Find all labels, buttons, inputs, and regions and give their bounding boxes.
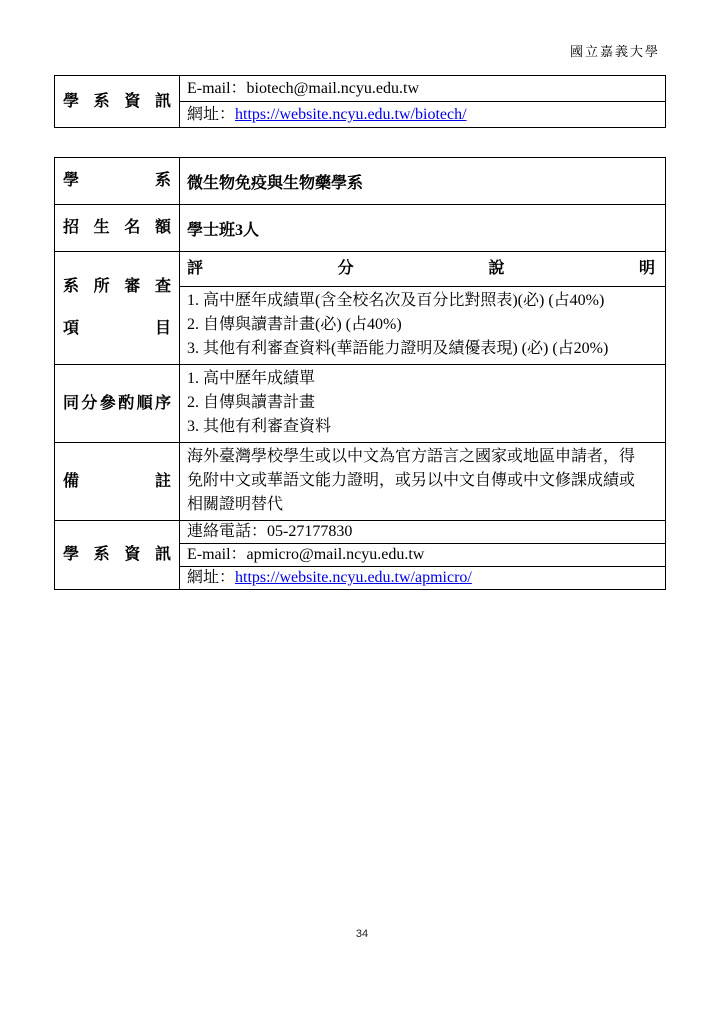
list-item: 3. 其他有利審查資料 (187, 415, 658, 439)
department-name: 微生物免疫與生物藥學系 (179, 158, 665, 204)
dept-info-content: E-mail：biotech@mail.ncyu.edu.tw 網址：https… (179, 76, 665, 127)
contact-content: 連絡電話：05-27177830 E-mail：apmicro@mail.ncy… (179, 521, 665, 589)
list-item: 3. 其他有利審查資料(華語能力證明及績優表現) (必) (占20%) (187, 337, 658, 361)
review-criteria-row: 系所審查 項目 評分說明 1. 高中歷年成績單(含全校名次及百分比對照表)(必)… (55, 251, 665, 364)
review-label-cell: 系所審查 項目 (55, 252, 179, 364)
quota-label-cell: 招生名額 (55, 205, 179, 251)
university-name: 國立嘉義大學 (570, 41, 660, 60)
table-row: 學系資訊 E-mail：biotech@mail.ncyu.edu.tw 網址：… (55, 76, 665, 127)
phone-row: 連絡電話：05-27177830 (180, 521, 665, 543)
website-link[interactable]: https://website.ncyu.edu.tw/apmicro/ (235, 569, 472, 586)
list-item: 1. 高中歷年成績單(含全校名次及百分比對照表)(必) (占40%) (187, 289, 658, 313)
email-row: E-mail：apmicro@mail.ncyu.edu.tw (180, 543, 665, 566)
quota-value: 學士班3人 (179, 205, 665, 251)
list-item: 2. 自傳與讀書計畫(必) (占40%) (187, 313, 658, 337)
tiebreak-label: 同分參酌順序 (63, 383, 171, 425)
review-content: 評分說明 1. 高中歷年成績單(含全校名次及百分比對照表)(必) (占40%) … (179, 252, 665, 364)
review-items-list: 1. 高中歷年成績單(含全校名次及百分比對照表)(必) (占40%) 2. 自傳… (180, 287, 665, 364)
website-row: 網址：https://website.ncyu.edu.tw/apmicro/ (180, 566, 665, 589)
remarks-row: 備註 海外臺灣學校學生或以中文為官方語言之國家或地區申請者，得 免附中文或華語文… (55, 442, 665, 520)
tiebreak-label-cell: 同分參酌順序 (55, 365, 179, 442)
page-number: 34 (0, 928, 724, 940)
quota-label: 招生名額 (63, 207, 171, 249)
score-explanation-header: 評分說明 (180, 252, 665, 287)
remarks-text: 海外臺灣學校學生或以中文為官方語言之國家或地區申請者，得 免附中文或華語文能力證… (180, 443, 665, 520)
tiebreak-items-list: 1. 高中歷年成績單 2. 自傳與讀書計畫 3. 其他有利審查資料 (180, 365, 665, 442)
dept-info-label: 學系資訊 (63, 81, 171, 123)
remarks-label-cell: 備註 (55, 443, 179, 520)
contact-label: 學系資訊 (63, 534, 171, 576)
department-label-cell: 學系 (55, 158, 179, 204)
website-link[interactable]: https://website.ncyu.edu.tw/biotech/ (235, 106, 467, 123)
dept-info-table: 學系資訊 E-mail：biotech@mail.ncyu.edu.tw 網址：… (54, 75, 666, 128)
remarks-content: 海外臺灣學校學生或以中文為官方語言之國家或地區申請者，得 免附中文或華語文能力證… (179, 443, 665, 520)
department-table: 學系 微生物免疫與生物藥學系 招生名額 學士班3人 系所審查 項目 評分說明 1… (54, 157, 666, 590)
list-item: 2. 自傳與讀書計畫 (187, 391, 658, 415)
list-item: 1. 高中歷年成績單 (187, 367, 658, 391)
contact-label-cell: 學系資訊 (55, 521, 179, 589)
quota-row: 招生名額 學士班3人 (55, 204, 665, 251)
dept-info-label-cell: 學系資訊 (55, 76, 179, 127)
website-row: 網址：https://website.ncyu.edu.tw/biotech/ (180, 101, 665, 127)
contact-row: 學系資訊 連絡電話：05-27177830 E-mail：apmicro@mai… (55, 520, 665, 589)
department-row: 學系 微生物免疫與生物藥學系 (55, 158, 665, 204)
department-label: 學系 (63, 160, 171, 202)
tiebreak-content: 1. 高中歷年成績單 2. 自傳與讀書計畫 3. 其他有利審查資料 (179, 365, 665, 442)
website-label: 網址： (187, 106, 235, 123)
remarks-label: 備註 (63, 461, 171, 503)
tiebreak-row: 同分參酌順序 1. 高中歷年成績單 2. 自傳與讀書計畫 3. 其他有利審查資料 (55, 364, 665, 442)
website-label: 網址： (187, 569, 235, 586)
review-label: 系所審查 項目 (63, 266, 171, 350)
email-row: E-mail：biotech@mail.ncyu.edu.tw (180, 76, 665, 101)
